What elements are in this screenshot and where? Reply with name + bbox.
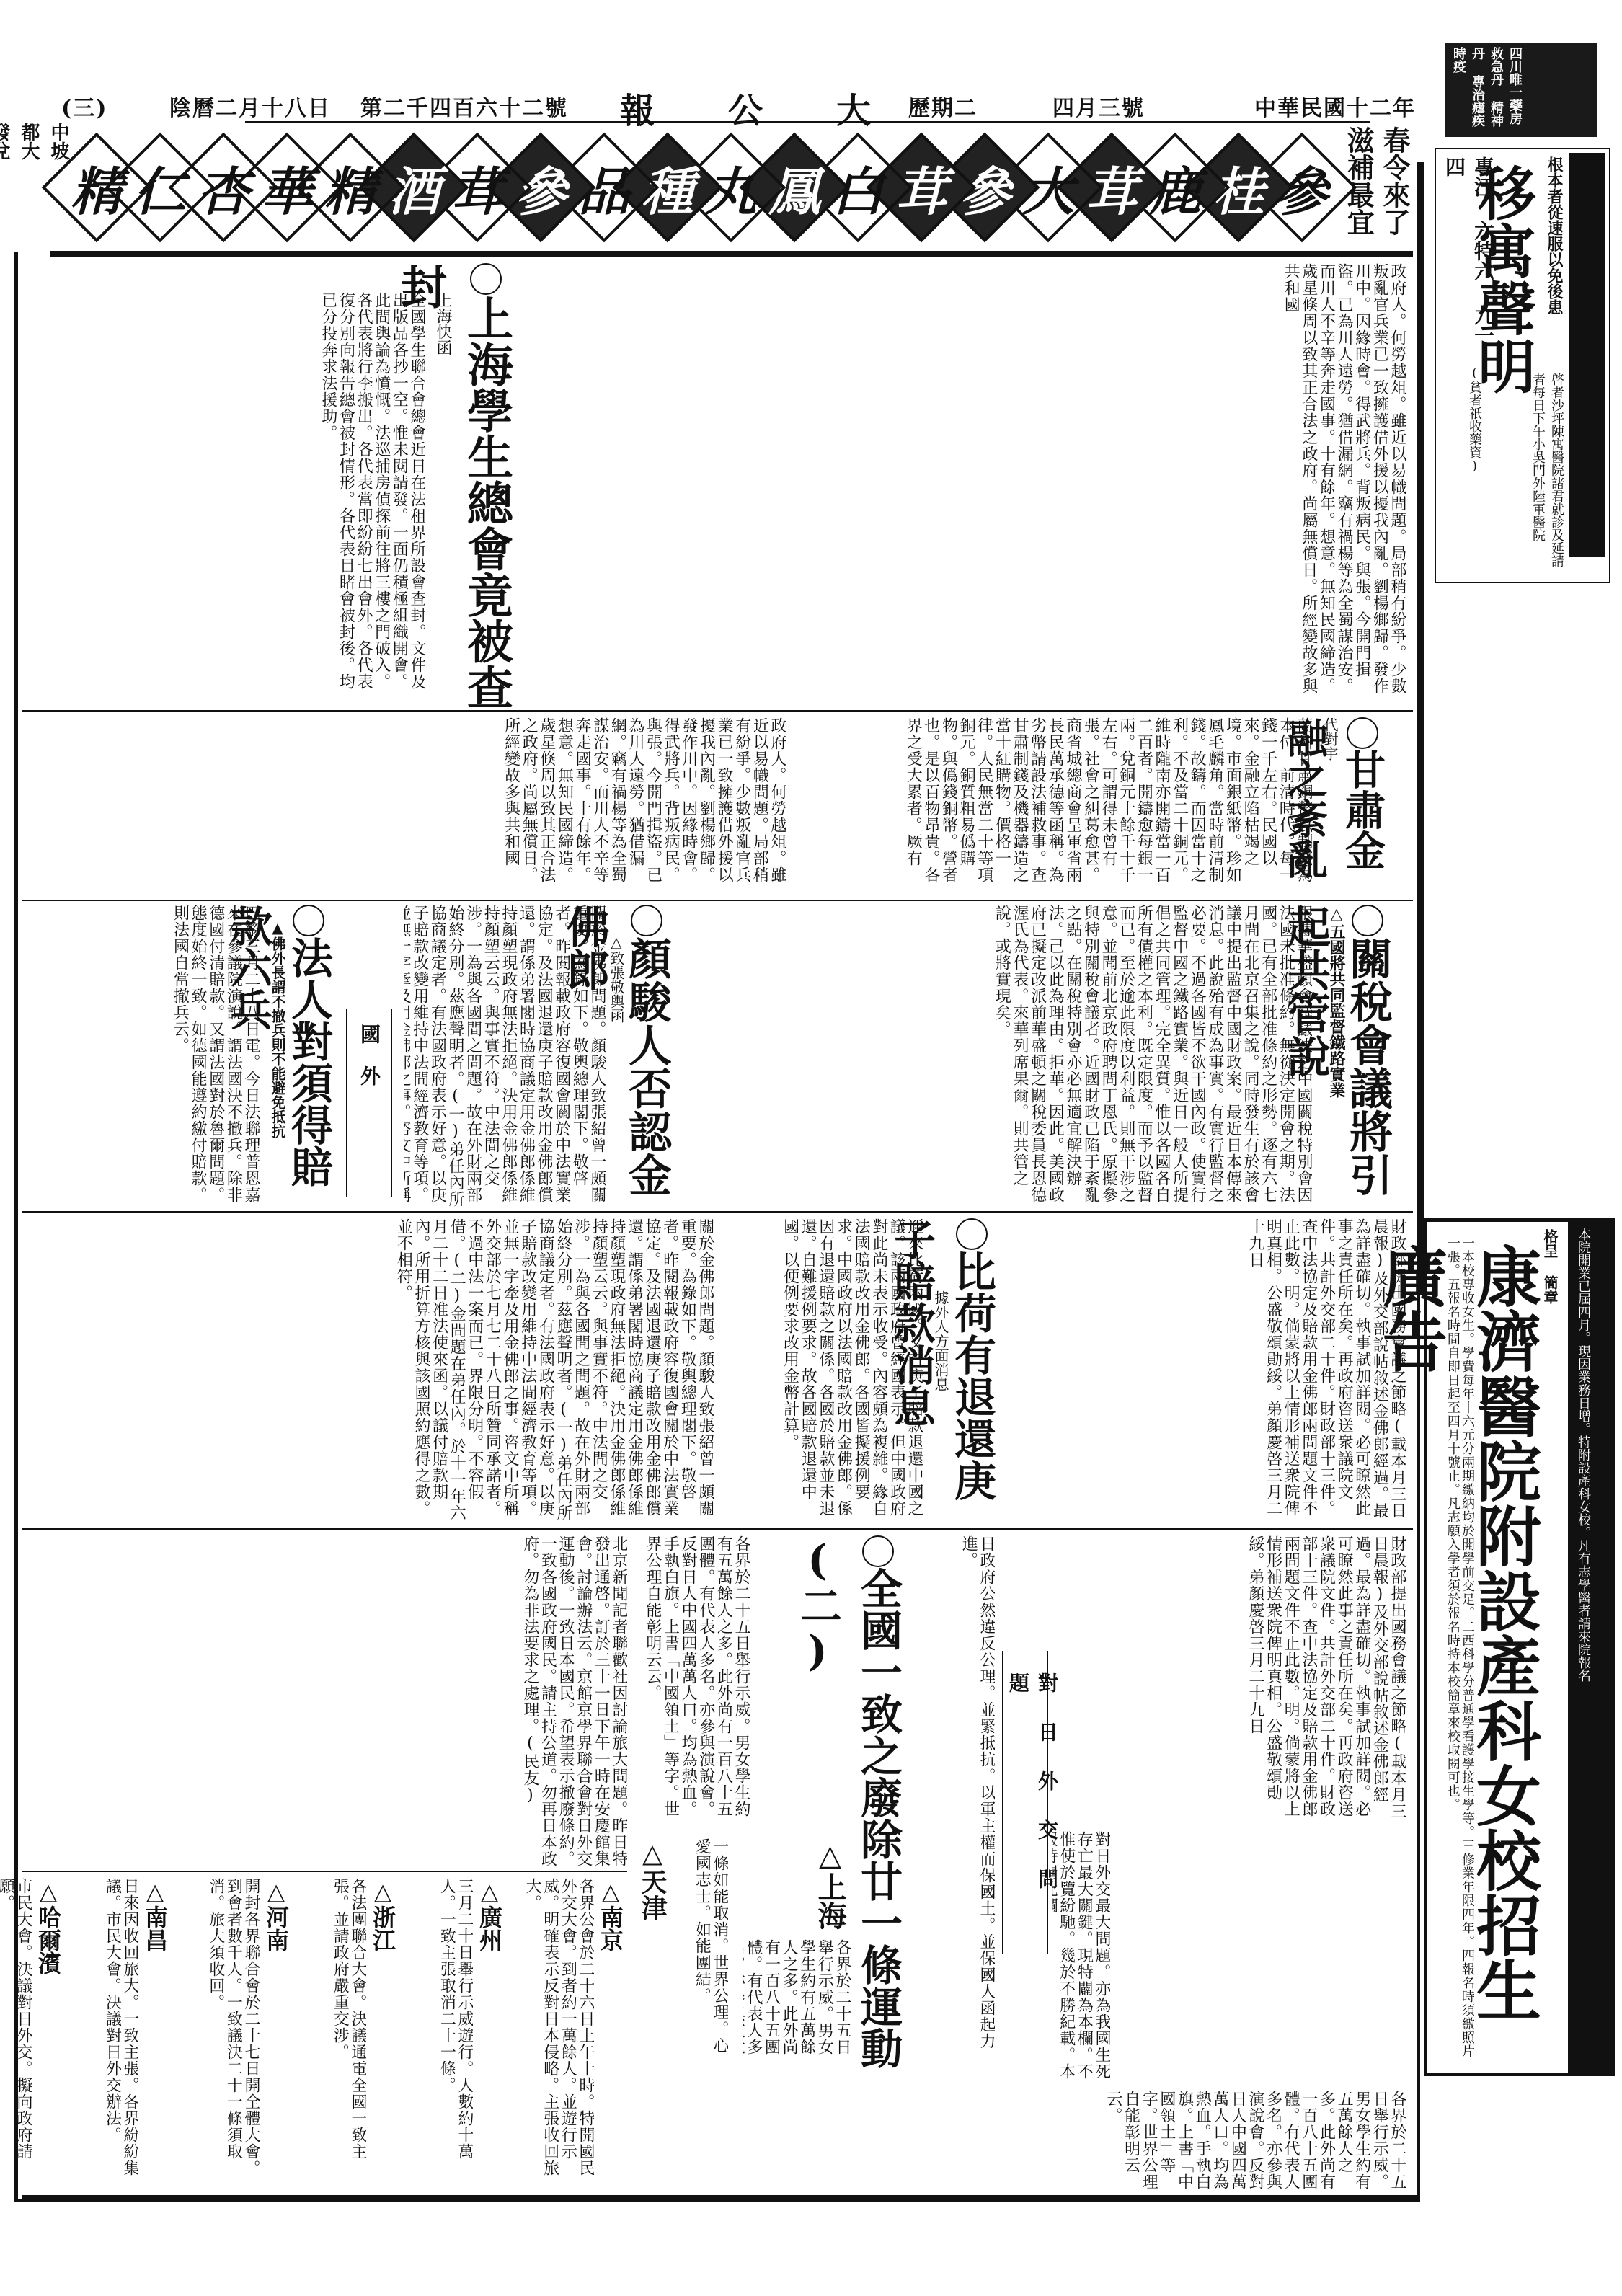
notice-box: 根本者從速服以免後患 移寓聲明 啓者沙坪陳寓醫院諸君就診及延請者每日下午小吳門外… bbox=[1435, 148, 1610, 583]
editorial-article: 政府人。何勞越俎。雖近以易幟問題。局部稍有紛爭。少數叛亂官兵業已一致擁護借外援以… bbox=[519, 263, 1406, 710]
foreign-section-label: 國外 bbox=[355, 1024, 384, 1107]
finance-ministry-body: 財政部提出國務會議之節略(載本月三日晨報)及外交部說帖敘述金佛郎經過。最為詳盡確… bbox=[1009, 1218, 1406, 1521]
banner-diamond-char: 精 bbox=[65, 133, 128, 241]
france-article: 法人對須得賠款六兵 ▲佛外長謂不撤兵則不能避免抵抗 巴黎三月二十八日電。今日法聯… bbox=[22, 905, 339, 1207]
shanghai-body: 各界於二十五日舉行示威。男女學生約有五萬餘人之多。此外尚有一百八十五團體。有代表… bbox=[743, 1939, 851, 2069]
tariff-body: 根據華盛頓會議議決之中國關稅特別會因法國未批准條約。無從決定開會之期。法國。已有… bbox=[793, 905, 1312, 1207]
france-body: 巴黎三月二十八日電。今日法聯理普恩嘉來在參議院演說。謂法國決不撤兵。除非德國付清… bbox=[22, 905, 260, 1207]
notice-contact: 專汪 六特六 九一四 bbox=[1440, 156, 1497, 358]
year: 中華民國十二年 bbox=[1254, 90, 1416, 122]
title-char-gong: 公 bbox=[728, 83, 764, 133]
notice-subtitle: 根本者從速服以免後患 bbox=[1543, 156, 1566, 373]
notice-body: 啓者沙坪陳寓醫院諸君就診及延請者每日下午小吳門外陸軍醫院 bbox=[1523, 373, 1566, 575]
lower-continued: 各界於二十五日舉行示威。男女學生約有五萬餘人之多。此外尚有一百八十五團體。有代表… bbox=[1052, 2091, 1406, 2191]
headline-circle-icon bbox=[862, 1535, 894, 1567]
japan-diplomacy-label-box: 對日外交問題 bbox=[1002, 1651, 1048, 1954]
editorial-body: 政府人。何勞越俎。雖近以易幟問題。局部稍有紛爭。少數叛亂官兵業已一致擁護借外援以… bbox=[1282, 263, 1406, 710]
section-rule bbox=[22, 710, 1413, 712]
city-reports: △南京 各界公會於二十六日上午十時。特開國民外交大會。到者約一萬餘人。並遊行示威… bbox=[22, 1878, 627, 2195]
shanghai-dateline: △上海 bbox=[810, 1838, 851, 1939]
nanchang-report: △南昌 日來因收回旅大。一致主張。各界紛紛集議。市民大會。決議對日外交辦法。 bbox=[74, 1878, 172, 2195]
banner-ad: 參桂鹿茸大參茸白鳳丸種品參茸酒精華杏仁精 bbox=[65, 126, 1334, 249]
gansu-byline: 代對宇 bbox=[1320, 717, 1341, 804]
holland-article: 比荷有退還庚子賠款消息 據外人方面消息 邇來比荷兩國。又有庚子賠款退還中國之議。… bbox=[721, 1218, 1002, 1521]
top-right-ad-text: 四川唯一藥房 救急丹 精神丹 專治瘧疾時疫 bbox=[1445, 43, 1528, 137]
page-number: (三) bbox=[61, 90, 107, 122]
banner-left-line: 發兌 bbox=[0, 123, 13, 252]
foreign-section-label-box: 國外 bbox=[346, 1009, 392, 1197]
top-right-ad: 四川唯一藥房 救急丹 精神丹 專治瘧疾時疫 bbox=[1445, 43, 1597, 137]
shanghai-body-top: 各界於二十五日舉行示威。男女學生約有五萬餘人之多。此外尚有一百八十五團體。有代表… bbox=[634, 1535, 750, 1831]
henan-report: △河南 開封各界聯合會於二十七日開全體大會。到會者數千人。一致議決二十一條須取消… bbox=[180, 1878, 293, 2195]
holland-body: 邇來比荷兩國。又有庚子賠款退還中國之議。該兩國政府曾經國表示。但中國政府對此尚未… bbox=[721, 1218, 923, 1521]
yan-body-continued: 關於金佛郎問題。顏駿人致張紹曾一頗關重要。為錄如下。敬輿總理閣下。敬啓者。昨閱報… bbox=[22, 1218, 714, 1521]
tariff-article: 關稅會議將引起共管說 △五國將共同監督鐵路實業 根據華盛頓會議議決之中國關稅特別… bbox=[793, 905, 1406, 1207]
beijing-news-body: 北京新聞記者聯歡社因討論旅大問題。昨日特發出通啓。訂於三十一日下午一時在安慶館集… bbox=[22, 1535, 627, 1867]
section-rule bbox=[22, 900, 1413, 901]
issue-number: 第二千四百六十二號 bbox=[360, 90, 568, 122]
section-rule bbox=[22, 1528, 1413, 1530]
banner-right-slogan: 春令來了 滋補最宜 bbox=[1337, 126, 1409, 249]
notice-side-bar bbox=[1569, 153, 1605, 557]
tianjin-dateline: △天津 bbox=[634, 1838, 671, 1939]
notice-paren: (貧者祇收藥資) bbox=[1465, 365, 1484, 567]
gansu-finance-article: 甘肅金融之紊亂 代對宇 蘭州甘肅銅幣以制錢為本位。前清時代。每一錢一千左右。民國… bbox=[793, 717, 1406, 897]
headline-circle-icon bbox=[631, 905, 662, 936]
bottom-rule bbox=[22, 2195, 1420, 2202]
title-char-da: 大 bbox=[836, 83, 872, 133]
lunar-date: 陰曆二月十八日 bbox=[169, 90, 331, 122]
masthead-rule bbox=[245, 121, 1370, 123]
japan-diplomacy-body: 對日外交最大問題。亦為我國生死存亡最大關鍵。現特闢為本欄。不惟使於覽紛馳。幾於不… bbox=[1052, 1831, 1110, 2083]
shanghai-students-body: 全國學生聯合會總會近日在法租界所設會查封。文件及出版品各抄一空。惟未閱請發。一面… bbox=[36, 292, 425, 703]
yan-article: 顏駿人否認金佛郎 △致張敬輿函 關於金佛郎問題。顏駿人致張紹曾一頗關重要。為錄如… bbox=[404, 905, 786, 1207]
france-subhead: ▲佛外長謂不撤兵則不能避免抵抗 bbox=[267, 919, 288, 1200]
slogan-line: 滋補最宜 bbox=[1343, 126, 1373, 249]
yan-body: 關於金佛郎問題。顏駿人致張紹曾一頗關重要。為錄如下。敬輿總理閣下。敬啓者。昨閱報… bbox=[404, 905, 606, 1207]
gansu-body: 蘭州甘肅銅幣以制錢為本位。前清時代。每一錢一千左右。民國以來。金融立陷枯竭之境。… bbox=[793, 717, 1312, 897]
masthead: (三) 陰曆二月十八日 第二千四百六十二號 報 公 大 歷期二 四月三號 中華民… bbox=[43, 83, 1413, 126]
headline-circle-icon bbox=[470, 263, 502, 295]
date: 四月三號 bbox=[1052, 90, 1145, 122]
harbin-report: △哈爾濱 市民大會。決議對日外交。擬向政府請願。 bbox=[0, 1878, 65, 2195]
headline-circle-icon bbox=[293, 905, 324, 936]
headline-circle-icon bbox=[956, 1218, 988, 1250]
shanghai-students-article: 上海學生總會竟被查封 上海快函 全國學生聯合會總會近日在法租界所設會查封。文件及… bbox=[22, 263, 519, 710]
21-demands-article: 全國一致之廢除廿一條運動(二) 日政府公然違反公理。並緊抵抗。以軍主權而保國土。… bbox=[634, 1535, 995, 2069]
ad-side-band: 本院開業已屆四月。現因業務日增。特附設產科女校。凡有志學醫者請來院報名 bbox=[1568, 1222, 1611, 2073]
holland-subhead: 據外人方面消息 bbox=[931, 1290, 952, 1507]
section-rule bbox=[22, 1211, 1413, 1213]
title-char-bao: 報 bbox=[620, 83, 656, 133]
editorial-continued: 政府人。何勞越俎。雖近以易幟問題。局部稍有紛爭。少數叛亂官兵業已一致擁護借外援以… bbox=[22, 717, 786, 897]
21-demands-body: 日政府公然違反公理。並緊抵抗。以軍主權而保國土。並保國人函起力進。 bbox=[916, 1535, 995, 2069]
tariff-subhead: △五國將共同監督鐵路實業 bbox=[1326, 905, 1348, 1207]
zhejiang-report: △浙江 各法團聯合大會。決議通電全國一致主張。並請政府嚴重交涉。 bbox=[301, 1878, 399, 2195]
banner-left-line: 都大 bbox=[16, 123, 43, 252]
nanjing-report: △南京 各界公會於二十六日上午十時。特開國民外交大會。到者約一萬餘人。並遊行示威… bbox=[515, 1878, 627, 2195]
period: 歷期二 bbox=[908, 90, 978, 122]
yan-subhead: △致張敬輿函 bbox=[606, 934, 627, 1150]
slogan-line: 春令來了 bbox=[1379, 126, 1409, 249]
section-rule bbox=[22, 1871, 627, 1872]
headline-circle-icon bbox=[1352, 905, 1383, 936]
headline-circle-icon bbox=[1347, 717, 1378, 749]
kangji-body: 一本校專收女生。學費每年十六元分兩期繳納均於開學前交足。二西科學分普通學看護學接… bbox=[1431, 1236, 1474, 2058]
guangzhou-report: △廣州 三月二十日舉行示威遊行。人數約十萬人。一致主張取消二十一條。 bbox=[408, 1878, 506, 2195]
kangji-hospital-ad: 本院開業已屆四月。現因業務日增。特附設產科女校。凡有志學醫者請來院報名 格呈 簡… bbox=[1424, 1218, 1615, 2076]
shanghai-students-subhead: 上海快函 bbox=[432, 292, 454, 696]
tianjin-body: 一條如能取消。世界公理。心愛國志士。如能團結。 bbox=[670, 1838, 728, 2069]
